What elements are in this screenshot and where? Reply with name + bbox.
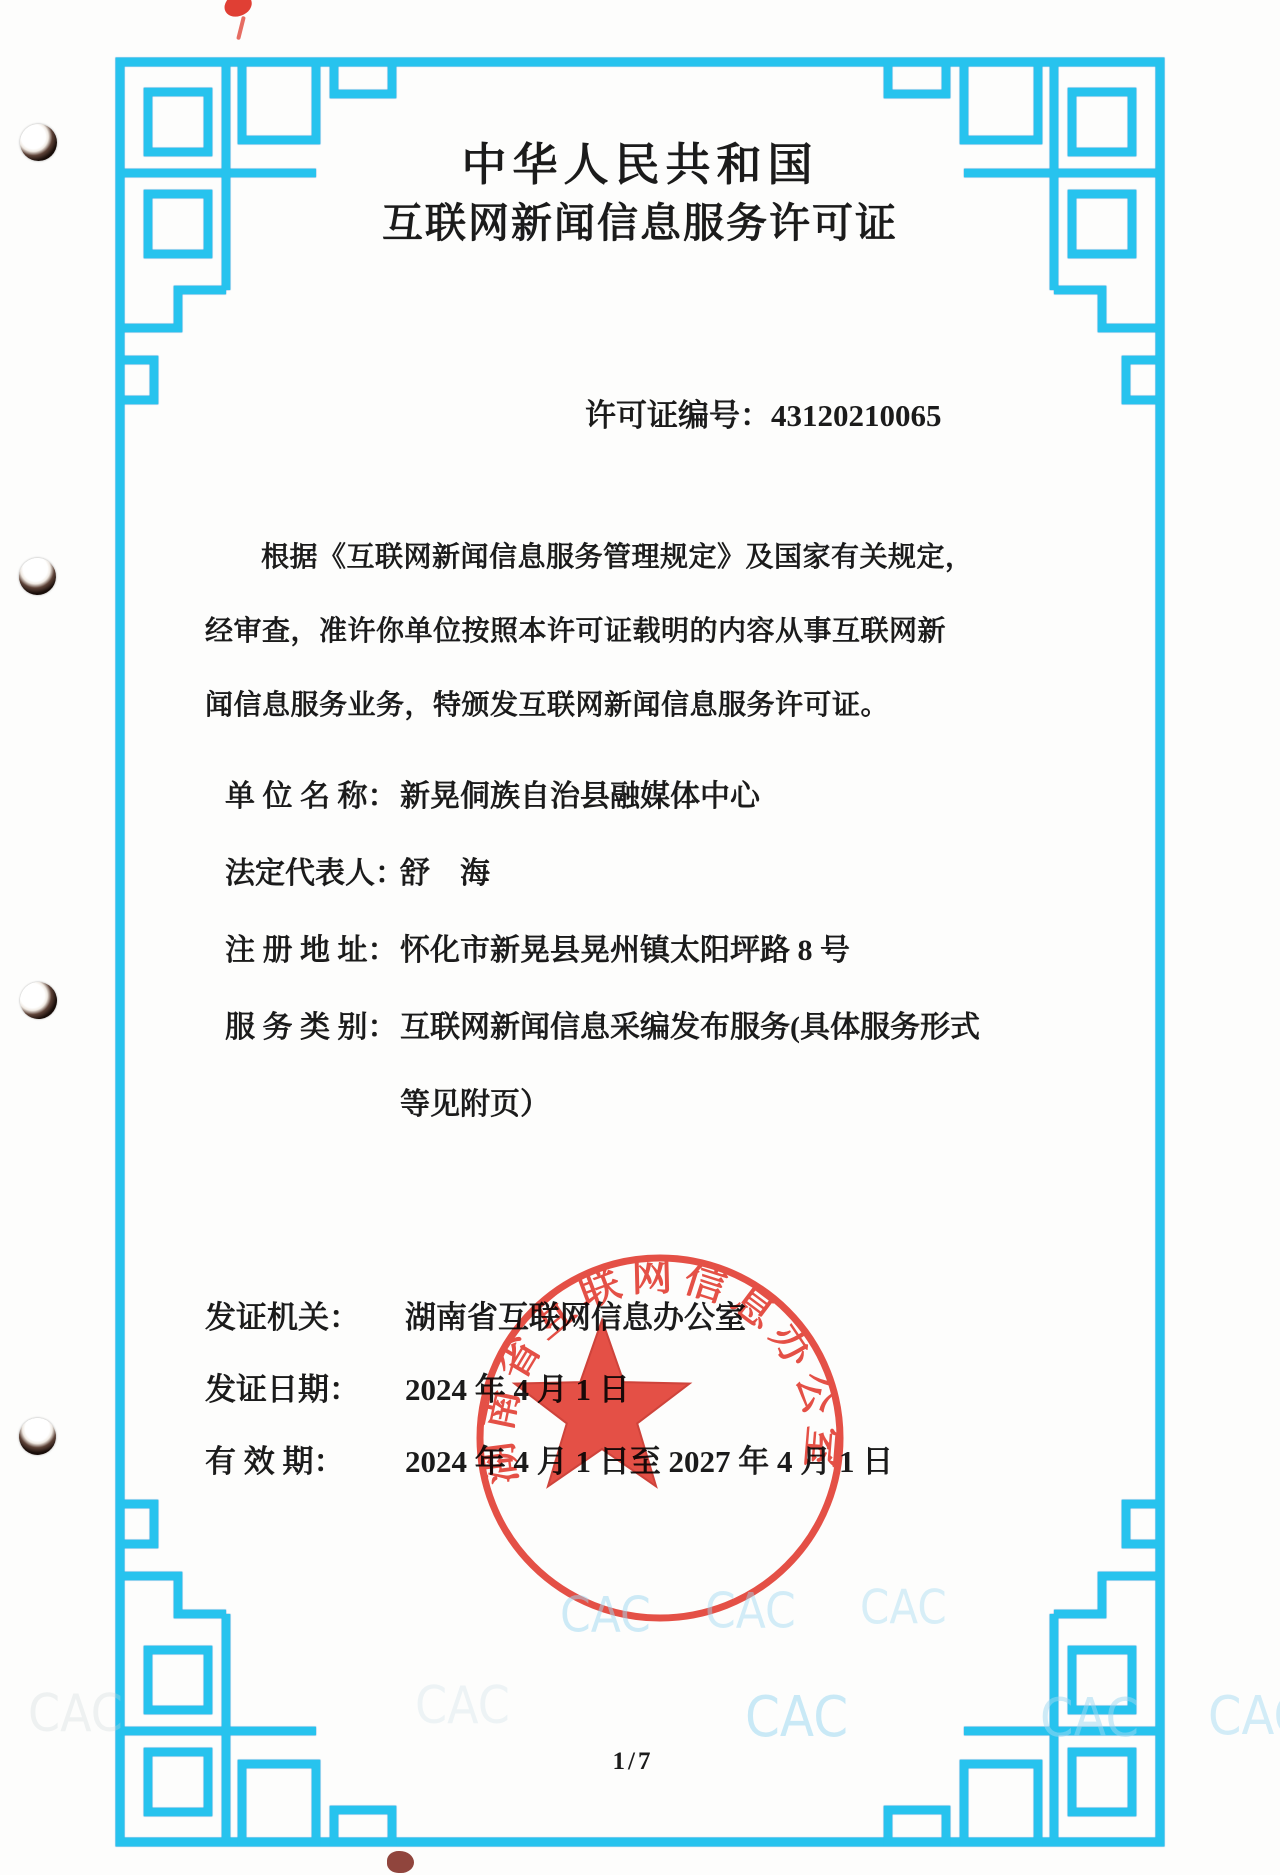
license-document-page: { "page": { "title_line1": "中华人民共和国", "t…	[0, 0, 1280, 1875]
red-ink-artifact-bottom	[387, 1851, 414, 1873]
license-title: 互联网新闻信息服务许可证	[120, 190, 1160, 249]
field-label: 注 册 地 址：	[225, 912, 400, 989]
page-number: 1/7	[553, 1748, 713, 1776]
issue-value: 2024 年 4 月 1 日至 2027 年 4 月 1 日	[405, 1426, 893, 1498]
body-paragraph: 根据《互联网新闻信息服务管理规定》及国家有关规定， 经审查，准许你单位按照本许可…	[205, 521, 974, 743]
issue-row-validity: 有 效 期： 2024 年 4 月 1 日至 2027 年 4 月 1 日	[205, 1426, 893, 1498]
issue-value: 湖南省互联网信息办公室	[405, 1282, 746, 1354]
field-row-legal-representative: 法定代表人： 舒 海	[225, 835, 980, 912]
corner-ornament-bottom-left	[120, 1504, 392, 1842]
license-fields: 单 位 名 称： 新晃侗族自治县融媒体中心 法定代表人： 舒 海 注 册 地 址…	[225, 758, 980, 1143]
field-value: 等见附页）	[400, 1066, 550, 1143]
field-label: 单 位 名 称：	[225, 758, 400, 835]
punch-hole	[20, 124, 57, 161]
issue-label: 有 效 期：	[205, 1426, 405, 1498]
country-title: 中华人民共和国	[120, 128, 1160, 193]
issue-row-authority: 发证机关： 湖南省互联网信息办公室	[205, 1282, 893, 1354]
body-line: 根据《互联网新闻信息服务管理规定》及国家有关规定，	[205, 521, 974, 595]
cac-watermark: CAC	[705, 1583, 796, 1640]
field-row-unit-name: 单 位 名 称： 新晃侗族自治县融媒体中心	[225, 758, 980, 835]
field-label-spacer	[225, 1066, 400, 1143]
body-line: 闻信息服务业务，特颁发互联网新闻信息服务许可证。	[205, 669, 974, 743]
cac-watermark: CAC	[28, 1683, 123, 1743]
field-value: 新晃侗族自治县融媒体中心	[400, 758, 760, 835]
field-value: 舒 海	[400, 835, 490, 912]
issue-label: 发证日期：	[205, 1354, 405, 1426]
issue-value: 2024 年 4 月 1 日	[405, 1354, 630, 1426]
punch-hole	[13, 552, 62, 601]
red-ink-artifact-top	[221, 0, 254, 20]
field-row-registered-address: 注 册 地 址： 怀化市新晃县晃州镇太阳坪路 8 号	[225, 912, 980, 989]
corner-ornament-bottom-right	[888, 1504, 1160, 1842]
issue-label: 发证机关：	[205, 1282, 405, 1354]
cac-watermark: CAC	[415, 1675, 510, 1735]
punch-hole	[11, 1410, 63, 1462]
issue-row-date: 发证日期： 2024 年 4 月 1 日	[205, 1354, 893, 1426]
field-label: 服 务 类 别：	[225, 989, 400, 1066]
issuing-block: 发证机关： 湖南省互联网信息办公室 发证日期： 2024 年 4 月 1 日 有…	[205, 1282, 893, 1498]
license-number-line: 许可证编号：43120210065	[585, 390, 942, 435]
body-line: 经审查，准许你单位按照本许可证载明的内容从事互联网新	[205, 595, 974, 669]
field-label: 法定代表人：	[225, 835, 400, 912]
cac-watermark: CAC	[1208, 1685, 1280, 1748]
field-row-service-category: 服 务 类 别： 互联网新闻信息采编发布服务(具体服务形式	[225, 989, 980, 1066]
license-number-label: 许可证编号：	[585, 398, 771, 433]
punch-hole	[17, 979, 60, 1022]
field-row-service-category-continued: 等见附页）	[225, 1066, 980, 1143]
cac-watermark: CAC	[1040, 1687, 1139, 1750]
cac-watermark: CAC	[860, 1580, 947, 1635]
field-value: 互联网新闻信息采编发布服务(具体服务形式	[400, 989, 980, 1066]
field-value: 怀化市新晃县晃州镇太阳坪路 8 号	[400, 912, 850, 989]
cac-watermark: CAC	[560, 1587, 651, 1644]
license-number-value: 43120210065	[771, 398, 942, 433]
red-ink-artifact-top-line	[236, 16, 246, 40]
cac-watermark: CAC	[745, 1685, 848, 1750]
